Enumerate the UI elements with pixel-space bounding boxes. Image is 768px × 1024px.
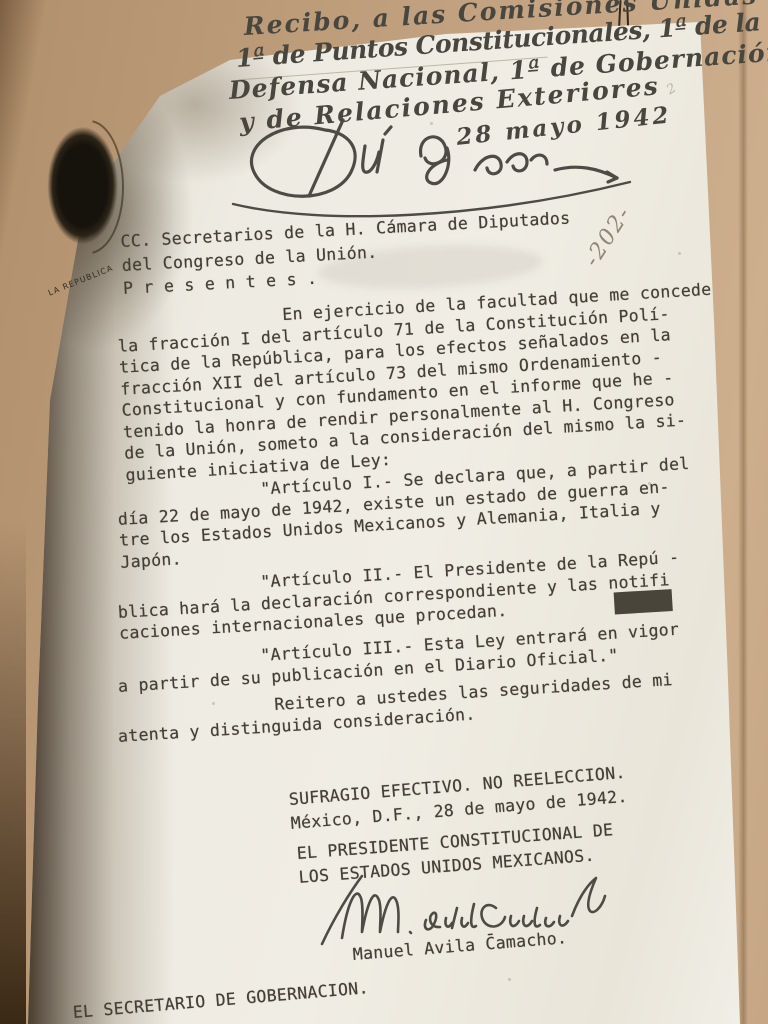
paper-speck <box>678 252 681 255</box>
book-gutter-edge <box>0 520 26 1024</box>
paper-speck <box>508 978 511 981</box>
rubric-signature <box>225 112 655 227</box>
continuation-underline <box>614 589 673 614</box>
binding-crease <box>738 0 748 1024</box>
photo-background: LA REPUBLICA Recibo, a las Comisiones Un… <box>0 0 768 1024</box>
opening-paragraph: En ejercicio de la facultad que me conce… <box>116 279 721 486</box>
